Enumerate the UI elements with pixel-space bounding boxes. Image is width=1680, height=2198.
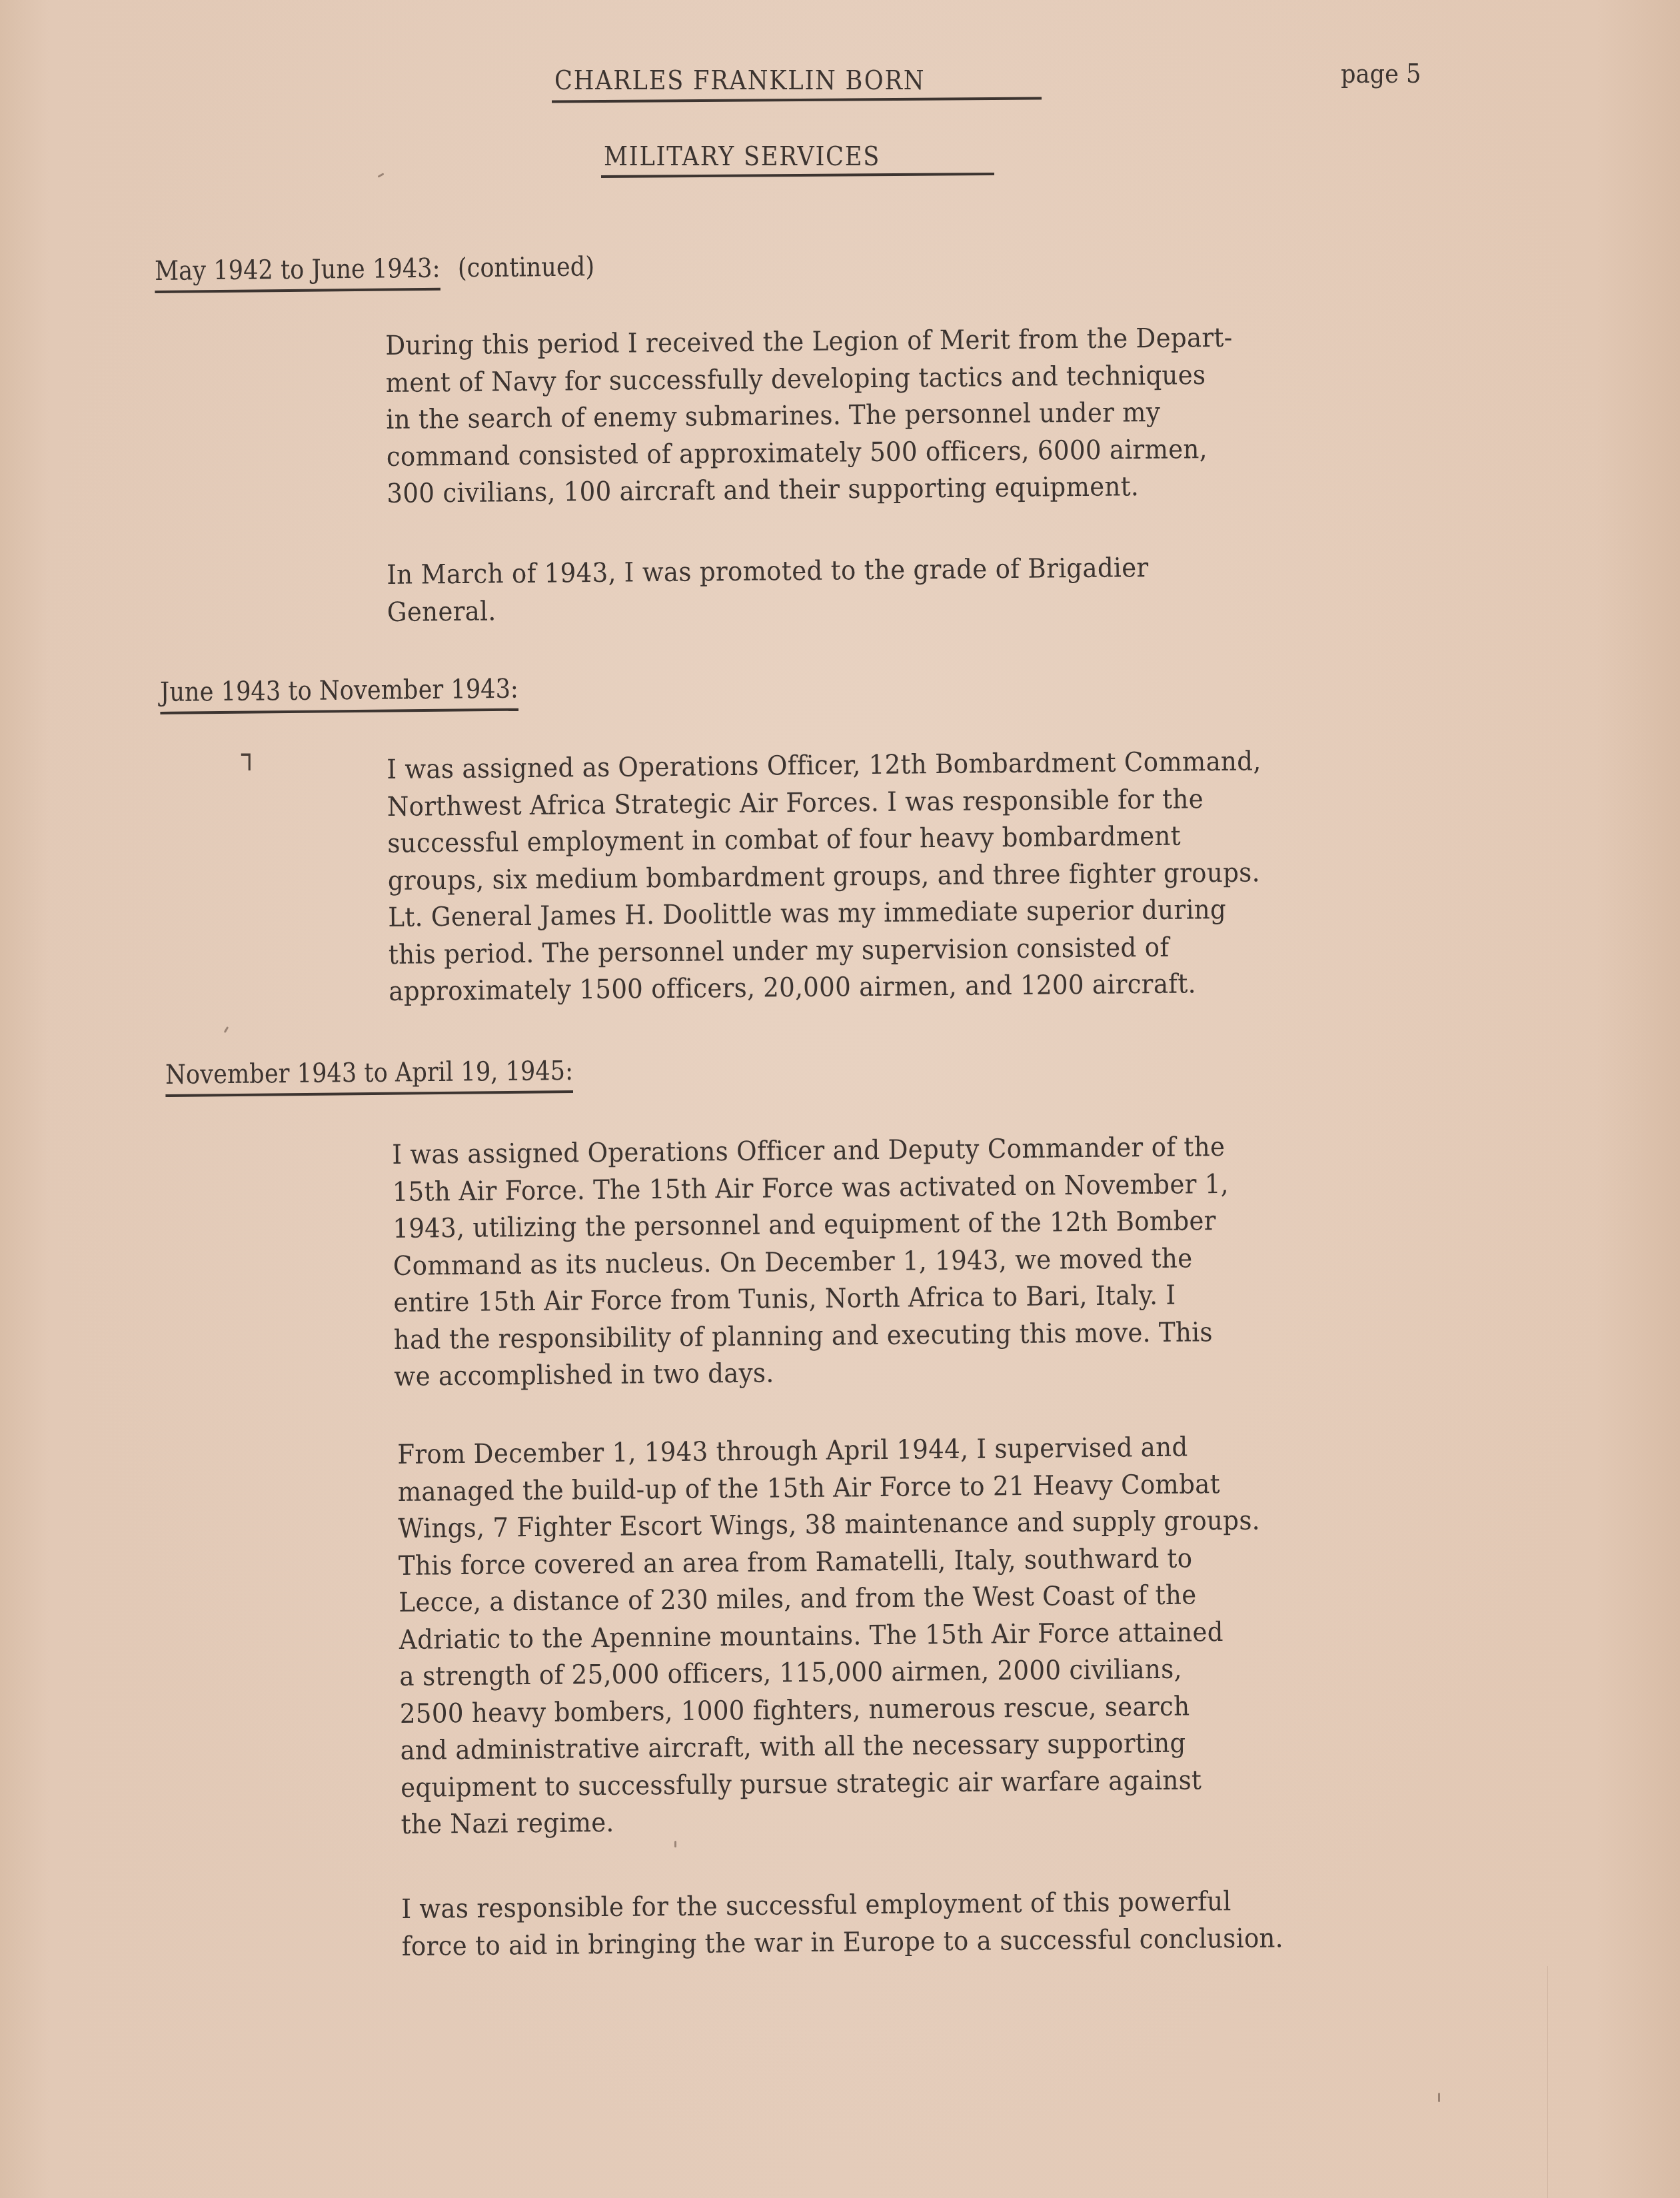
scan-speck xyxy=(1438,2093,1440,2102)
paragraph-conclusion: I was responsible for the successful emp… xyxy=(401,1882,1350,1965)
paper-edge-line xyxy=(1547,1966,1548,2198)
header-name: CHARLES FRANKLIN BORN xyxy=(554,65,925,96)
paragraph-12th-bombardment: I was assigned as Operations Officer, 12… xyxy=(387,742,1329,1010)
paragraph-legion-of-merit: During this period I received the Legion… xyxy=(385,319,1298,513)
period-heading-2-text: June 1943 to November 1943: xyxy=(160,674,518,714)
paragraph-build-up: From December 1, 1943 through April 1944… xyxy=(397,1428,1328,1844)
period-heading-1: May 1942 to June 1943:(continued) xyxy=(155,251,594,293)
section-title: MILITARY SERVICES xyxy=(604,141,880,172)
page-number: page 5 xyxy=(1341,59,1421,89)
period-heading-1-suffix: (continued) xyxy=(458,251,594,283)
paragraph-promotion: In March of 1943, I was promoted to the … xyxy=(387,549,1206,631)
period-heading-2: June 1943 to November 1943: xyxy=(160,674,518,714)
paragraph-15th-air-force-activation: I was assigned Operations Officer and De… xyxy=(392,1128,1293,1396)
period-heading-1-text: May 1942 to June 1943: xyxy=(155,253,440,293)
margin-bracket-mark: ┐ xyxy=(241,740,257,770)
period-heading-3: November 1943 to April 19, 1945: xyxy=(165,1056,573,1097)
text-line: General. xyxy=(387,587,1150,631)
period-heading-3-text: November 1943 to April 19, 1945: xyxy=(165,1056,573,1097)
scan-speck xyxy=(674,1841,676,1847)
